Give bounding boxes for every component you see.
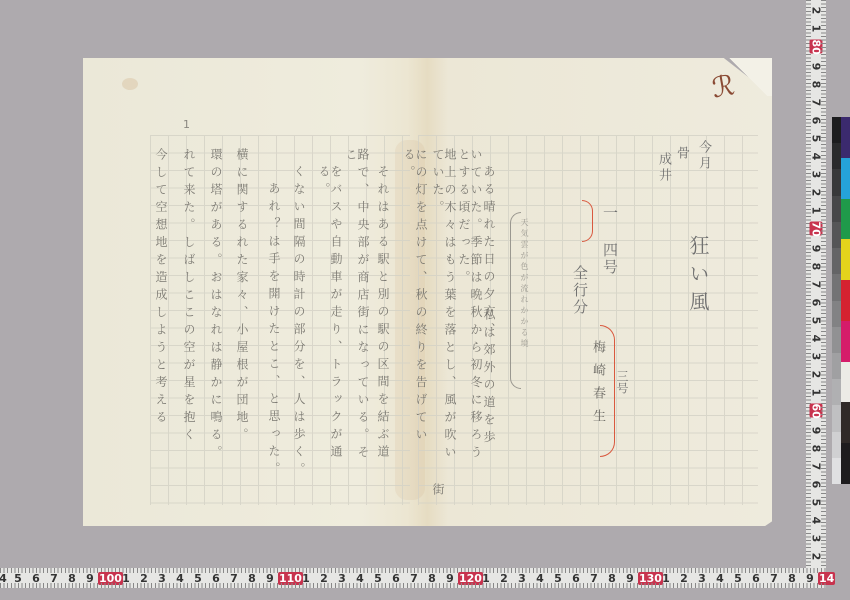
ruler-tick: 3 bbox=[333, 572, 351, 585]
ruler-tick: 8 bbox=[243, 572, 261, 585]
red-bracket-author bbox=[600, 325, 615, 457]
gray-swatch bbox=[832, 117, 841, 143]
ruler-tick: 2 bbox=[810, 550, 823, 564]
body-column: にの灯を点けて、秋の終りを告げている。 bbox=[403, 148, 427, 478]
red-size-mark: 一 四号 bbox=[600, 205, 621, 276]
paper-stain bbox=[122, 78, 138, 90]
ruler-tick: 3 bbox=[153, 572, 171, 585]
ruler-tick: 9 bbox=[810, 60, 823, 74]
ruler-tick: 6 bbox=[567, 572, 585, 585]
ruler-tick: 8 bbox=[810, 78, 823, 92]
gray-swatch bbox=[832, 143, 841, 169]
color-swatch-red bbox=[841, 280, 850, 321]
grayscale-strip bbox=[832, 117, 841, 484]
gray-swatch bbox=[832, 432, 841, 458]
ruler-tick: 9 bbox=[441, 572, 459, 585]
ruler-tick: 4 bbox=[711, 572, 729, 585]
color-strip bbox=[841, 117, 850, 484]
gray-swatch bbox=[832, 327, 841, 353]
ruler-tick: 9 bbox=[621, 572, 639, 585]
ruler-tick: 5 bbox=[810, 132, 823, 146]
red-author-size-mark: 三号 bbox=[614, 370, 631, 394]
ruler-tick: 7 bbox=[765, 572, 783, 585]
ruler-tick: 5 bbox=[810, 496, 823, 510]
horizontal-ruler: 4 5 6 7 8 9 100 1 2 3 4 5 6 7 8 9 110 1 … bbox=[0, 568, 826, 588]
color-swatch-green bbox=[841, 199, 850, 240]
ruler-tick: 3 bbox=[810, 532, 823, 546]
color-swatch-purple bbox=[841, 117, 850, 158]
ruler-tick: 2 bbox=[315, 572, 333, 585]
ruler-tick: 7 bbox=[225, 572, 243, 585]
gray-swatch bbox=[832, 248, 841, 274]
ruler-tick: 1 bbox=[810, 22, 823, 36]
ruler-tick-major: 70 bbox=[810, 222, 823, 236]
gray-swatch bbox=[832, 379, 841, 405]
ruler-tick: 5 bbox=[9, 572, 27, 585]
gray-swatch bbox=[832, 405, 841, 431]
color-swatch-black bbox=[841, 443, 850, 484]
ruler-tick: 8 bbox=[63, 572, 81, 585]
ruler-tick: 2 bbox=[495, 572, 513, 585]
ruler-tick: 3 bbox=[810, 168, 823, 182]
vertical-ruler: 2 1 80 9 8 7 6 5 4 3 2 1 70 9 8 7 6 5 4 … bbox=[806, 0, 826, 570]
ruler-tick: 9 bbox=[810, 242, 823, 256]
ruler-tick: 2 bbox=[810, 4, 823, 18]
ruler-tick: 8 bbox=[783, 572, 801, 585]
ruler-tick: 4 bbox=[810, 332, 823, 346]
red-bracket-title bbox=[582, 200, 593, 242]
ruler-tick: 2 bbox=[810, 368, 823, 382]
ruler-tick: 8 bbox=[810, 442, 823, 456]
ruler-tick: 4 bbox=[810, 150, 823, 164]
page-number: 1 bbox=[183, 118, 190, 131]
ruler-tick: 5 bbox=[729, 572, 747, 585]
gray-swatch bbox=[832, 196, 841, 222]
document-title: 狂い風 bbox=[684, 235, 713, 319]
color-calibration-chart bbox=[832, 117, 850, 484]
ruler-tick: 4 bbox=[810, 514, 823, 528]
label-line-3: 成井 bbox=[654, 152, 673, 184]
body-column: 地上の木々はもう葉を落とし、風が吹いていた。 bbox=[432, 148, 456, 468]
body-column: をバスや自動車が走り、トラックが通る。 bbox=[318, 165, 342, 495]
body-column: あれ？は手を開けたとこ、と思った。 bbox=[268, 182, 280, 502]
color-swatch-dark-brown bbox=[841, 402, 850, 443]
ruler-tick: 9 bbox=[810, 424, 823, 438]
ruler-tick: 9 bbox=[801, 572, 819, 585]
ruler-tick: 5 bbox=[549, 572, 567, 585]
body-column: 横に関するれた家々、小屋根が団地。 bbox=[236, 148, 248, 478]
ruler-tick: 2 bbox=[135, 572, 153, 585]
ruler-tick: 9 bbox=[261, 572, 279, 585]
ruler-tick: 8 bbox=[423, 572, 441, 585]
ruler-tick: 6 bbox=[810, 478, 823, 492]
body-column: 環の塔がある。おはなれは静かに鳴る。 bbox=[210, 148, 222, 478]
color-swatch-white bbox=[841, 362, 850, 403]
ruler-tick: 8 bbox=[603, 572, 621, 585]
body-column: れて来た。しばしここの空が星を抱く bbox=[183, 148, 195, 478]
ruler-tick: 4 bbox=[171, 572, 189, 585]
ruler-tick: 7 bbox=[810, 278, 823, 292]
ruler-tick-major: 60 bbox=[810, 404, 823, 418]
ruler-tick: 7 bbox=[405, 572, 423, 585]
ruler-tick: 5 bbox=[369, 572, 387, 585]
ruler-tick: 1 bbox=[657, 572, 675, 585]
ruler-tick: 7 bbox=[810, 460, 823, 474]
ruler-tick: 6 bbox=[27, 572, 45, 585]
ruler-tick-major: 80 bbox=[810, 40, 823, 54]
gray-swatch bbox=[832, 274, 841, 300]
ruler-tick: 6 bbox=[747, 572, 765, 585]
ruler-tick: 2 bbox=[675, 572, 693, 585]
gray-swatch bbox=[832, 353, 841, 379]
ruler-tick: 1 bbox=[117, 572, 135, 585]
ruler-tick: 1 bbox=[810, 204, 823, 218]
pencil-margin-note: 天気雲が色が流れかかる境 bbox=[519, 218, 530, 350]
ruler-tick: 4 bbox=[351, 572, 369, 585]
ruler-tick: 7 bbox=[585, 572, 603, 585]
ruler-tick: 5 bbox=[189, 572, 207, 585]
body-column: 私は郊外の道を歩 bbox=[483, 308, 495, 448]
ruler-tick: 3 bbox=[810, 350, 823, 364]
gray-swatch bbox=[832, 222, 841, 248]
ruler-tick: 6 bbox=[810, 114, 823, 128]
ruler-tick: 7 bbox=[810, 96, 823, 110]
ruler-tick: 5 bbox=[810, 314, 823, 328]
ruler-tick: 1 bbox=[297, 572, 315, 585]
body-column: くない間隔の時計の部分を、人は歩く。 bbox=[293, 165, 305, 495]
ruler-tick: 3 bbox=[693, 572, 711, 585]
red-alignment-mark: 全行分 bbox=[570, 265, 591, 316]
color-swatch-magenta bbox=[841, 321, 850, 362]
label-line-1: 今月 bbox=[694, 140, 713, 172]
ruler-tick: 2 bbox=[810, 186, 823, 200]
ruler-tick: 3 bbox=[513, 572, 531, 585]
label-line-2: 骨 bbox=[672, 146, 691, 159]
ruler-tick: 4 bbox=[531, 572, 549, 585]
body-column: いていた。季節は晩秋から初冬に移ろうとする頃だった。 bbox=[458, 148, 482, 468]
gray-swatch bbox=[832, 169, 841, 195]
ruler-tick: 6 bbox=[207, 572, 225, 585]
body-column: それはある駅と別の駅の区間を結ぶ道 bbox=[377, 165, 389, 495]
color-swatch-yellow bbox=[841, 239, 850, 280]
ruler-tick: 1 bbox=[477, 572, 495, 585]
ruler-tick: 6 bbox=[387, 572, 405, 585]
body-column: 街 bbox=[432, 483, 444, 501]
ruler-tick: 1 bbox=[810, 386, 823, 400]
body-column: 路で、中央部が商店街になっている。そこ bbox=[345, 148, 369, 478]
ruler-tick: 8 bbox=[810, 260, 823, 274]
body-column: 今して空想地を造成しようと考える bbox=[155, 148, 167, 478]
ruler-tick-major: 14 bbox=[818, 572, 835, 585]
color-swatch-cyan bbox=[841, 158, 850, 199]
ruler-tick: 7 bbox=[45, 572, 63, 585]
gray-swatch bbox=[832, 301, 841, 327]
ruler-tick: 6 bbox=[810, 296, 823, 310]
ruler-tick: 9 bbox=[81, 572, 99, 585]
gray-swatch bbox=[832, 458, 841, 484]
